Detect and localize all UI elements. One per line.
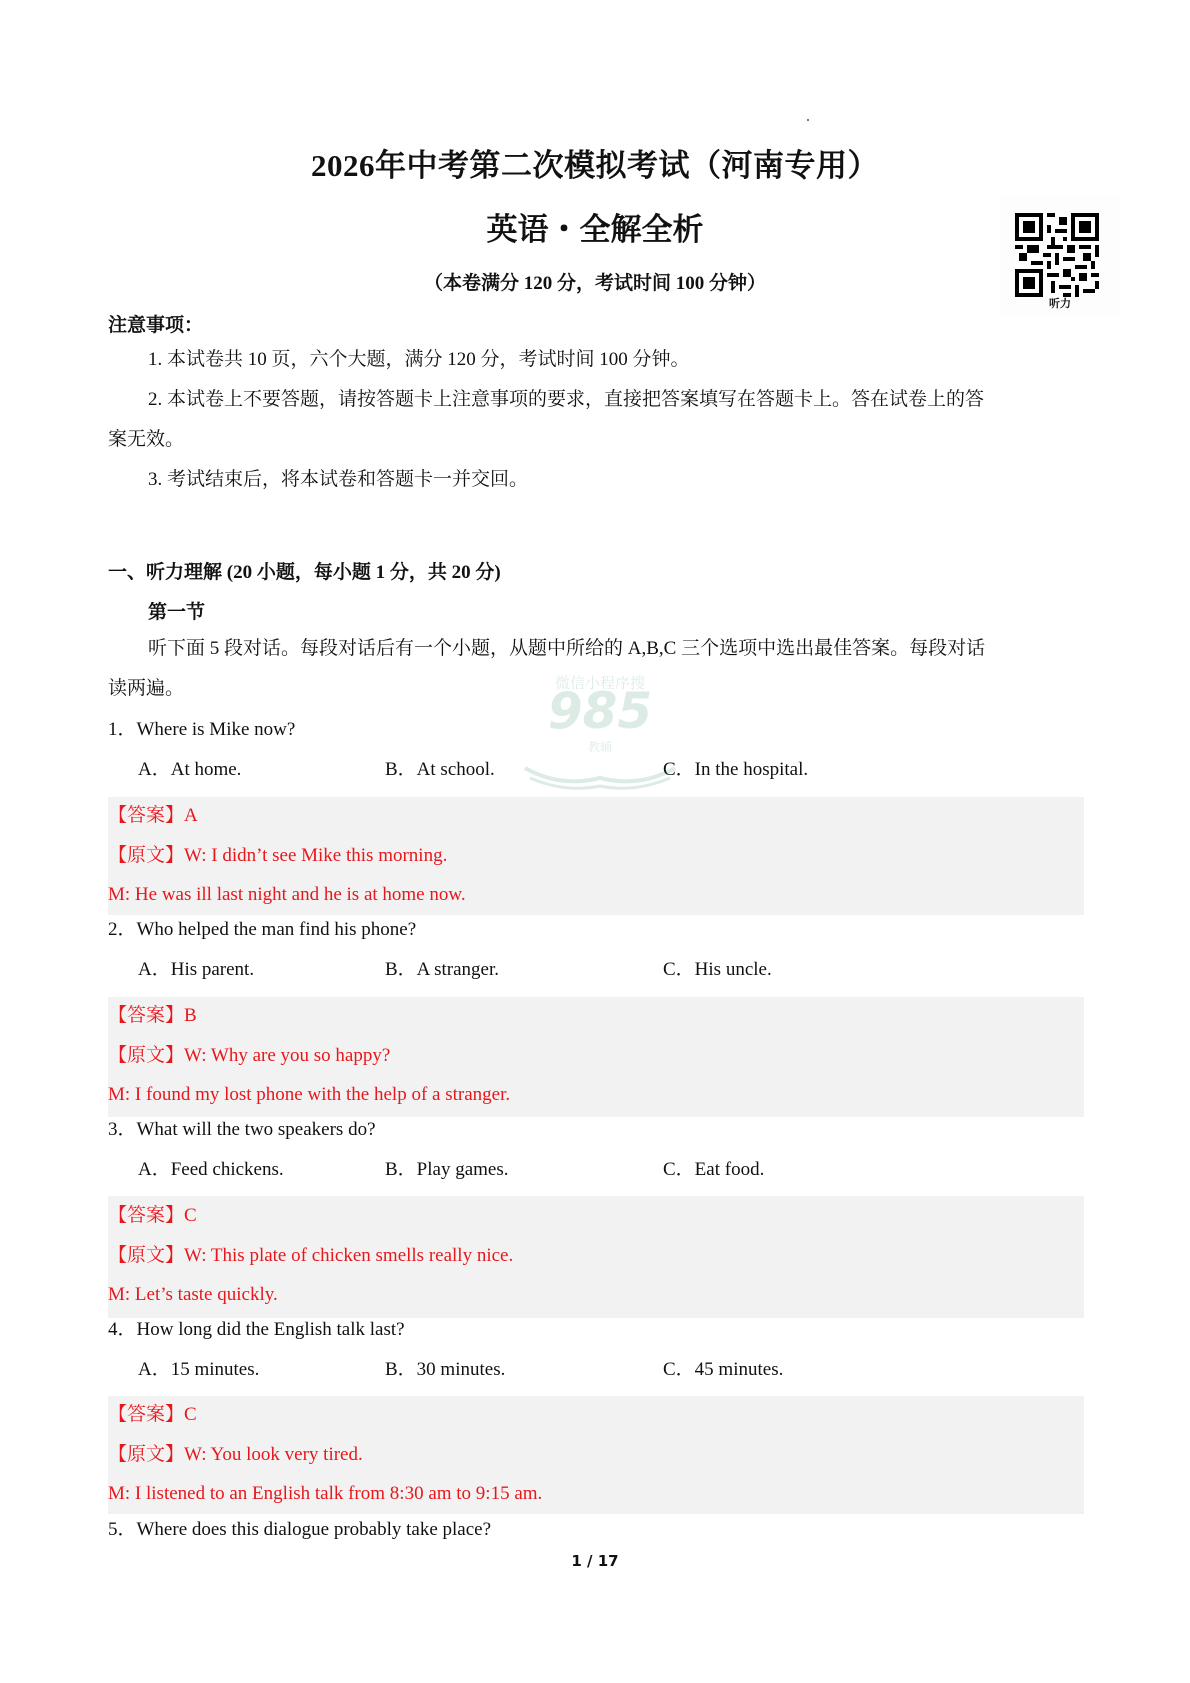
listening-qr-block: 听力: [1000, 197, 1120, 315]
transcript-woman: 【原文】W: This plate of chicken smells real…: [108, 1244, 513, 1268]
option-a: A．15 minutes.: [138, 1358, 259, 1382]
transcript-man: M: Let’s taste quickly.: [108, 1283, 278, 1307]
transcript-woman: 【原文】W: I didn’t see Mike this morning.: [108, 844, 447, 868]
book-icon: [520, 748, 680, 793]
question-stem: 5．Where does this dialogue probably take…: [108, 1518, 491, 1542]
option-b: B．At school.: [385, 758, 495, 782]
option-b: B．A stranger.: [385, 958, 499, 982]
transcript-man: M: I listened to an English talk from 8:…: [108, 1482, 542, 1506]
option-b: B．30 minutes.: [385, 1358, 505, 1382]
note-item: 2. 本试卷上不要答题，请按答题卡上注意事项的要求，直接把答案填写在答题卡上。答…: [148, 388, 984, 412]
option-a: A．At home.: [138, 758, 241, 782]
answer-key: 【答案】A: [108, 804, 198, 828]
option-c: C．In the hospital.: [663, 758, 808, 782]
section-instructions: 听下面 5 段对话。每段对话后有一个小题，从题中所给的 A,B,C 三个选项中选…: [148, 637, 985, 661]
transcript-woman: 【原文】W: Why are you so happy?: [108, 1044, 390, 1068]
qr-label: 听力: [1000, 295, 1120, 311]
section-instructions-continued: 读两遍。: [108, 677, 184, 701]
stray-dot: [807, 119, 809, 121]
note-item: 1. 本试卷共 10 页，六个大题，满分 120 分，考试时间 100 分钟。: [148, 348, 690, 372]
question-stem: 1．Where is Mike now?: [108, 718, 295, 742]
transcript-man: M: I found my lost phone with the help o…: [108, 1083, 510, 1107]
answer-key: 【答案】C: [108, 1204, 197, 1228]
watermark-number: 985: [505, 682, 695, 740]
question-stem: 2．Who helped the man find his phone?: [108, 918, 416, 942]
option-c: C．45 minutes.: [663, 1358, 783, 1382]
qr-code-icon: [1015, 213, 1099, 297]
transcript-woman: 【原文】W: You look very tired.: [108, 1443, 363, 1467]
page-title: 2026年中考第二次模拟考试（河南专用）: [0, 140, 1190, 185]
note-item-continued: 案无效。: [108, 428, 184, 452]
transcript-man: M: He was ill last night and he is at ho…: [108, 883, 466, 907]
option-c: C．Eat food.: [663, 1158, 764, 1182]
option-c: C．His uncle.: [663, 958, 772, 982]
option-a: A．His parent.: [138, 958, 254, 982]
option-b: B．Play games.: [385, 1158, 509, 1182]
section-heading: 一、听力理解 (20 小题，每小题 1 分，共 20 分): [108, 557, 501, 584]
note-item: 3. 考试结束后，将本试卷和答题卡一并交回。: [148, 468, 528, 492]
answer-key: 【答案】B: [108, 1004, 197, 1028]
question-stem: 4．How long did the English talk last?: [108, 1318, 405, 1342]
subsection-heading: 第一节: [148, 597, 205, 624]
notes-heading: 注意事项：: [108, 310, 203, 337]
page-number: 1 / 17: [0, 1552, 1190, 1570]
question-stem: 3．What will the two speakers do?: [108, 1118, 376, 1142]
answer-key: 【答案】C: [108, 1403, 197, 1427]
option-a: A．Feed chickens.: [138, 1158, 284, 1182]
